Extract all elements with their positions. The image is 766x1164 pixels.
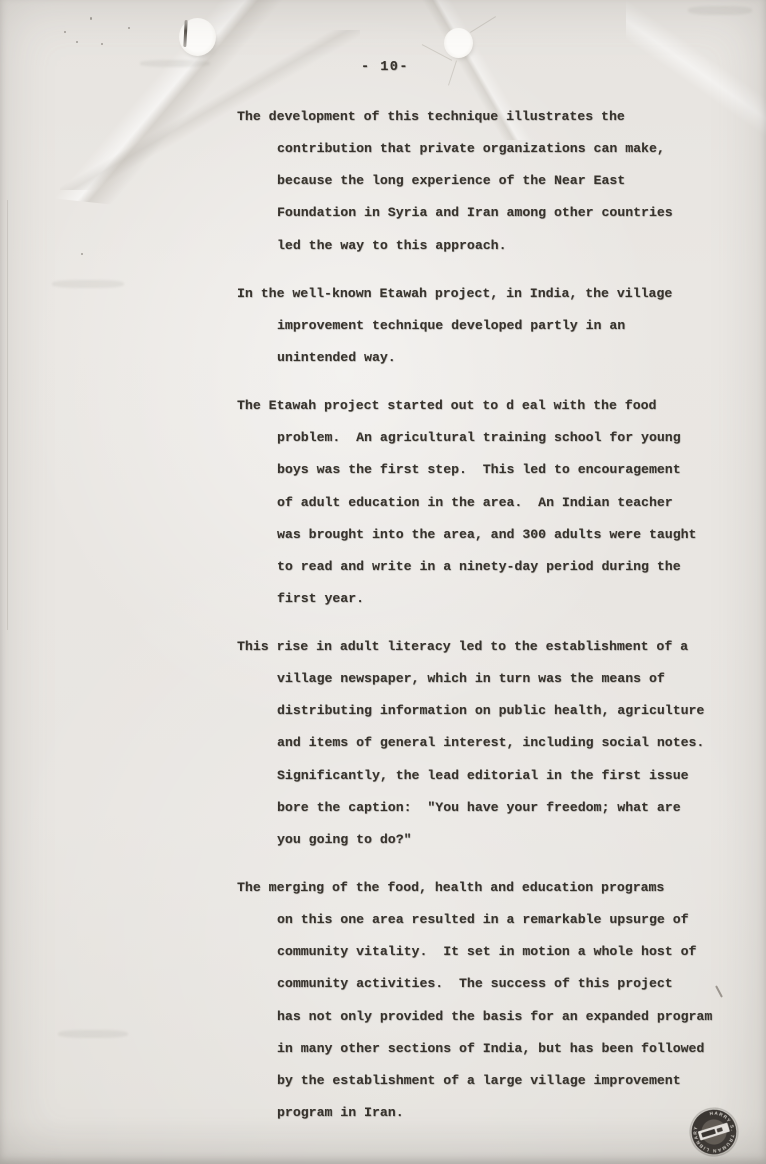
page-number: - 10-	[361, 60, 409, 75]
text-line: problem. An agricultural training school…	[237, 422, 737, 454]
text-line: Foundation in Syria and Iran among other…	[237, 197, 737, 229]
text-line: contribution that private organizations …	[237, 133, 737, 165]
text-line: This rise in adult literacy led to the e…	[237, 631, 737, 663]
text-line: community vitality. It set in motion a w…	[237, 936, 737, 968]
paragraph: The merging of the food, health and educ…	[237, 872, 737, 1129]
text-line: to read and write in a ninety-day period…	[237, 551, 737, 583]
text-line: on this one area resulted in a remarkabl…	[237, 904, 737, 936]
text-line: in many other sections of India, but has…	[237, 1033, 737, 1065]
text-line: distributing information on public healt…	[237, 695, 737, 727]
text-line: you going to do?"	[237, 824, 737, 856]
text-line: boys was the first step. This led to enc…	[237, 454, 737, 486]
paragraph: The development of this technique illust…	[237, 101, 737, 262]
text-line: The Etawah project started out to d eal …	[237, 390, 737, 422]
text-line: village newspaper, which in turn was the…	[237, 663, 737, 695]
paper-speck	[101, 43, 103, 45]
ghost-smudge	[52, 280, 124, 288]
text-line: and items of general interest, including…	[237, 727, 737, 759]
punch-hole-right	[444, 28, 473, 58]
paper-crease	[470, 16, 496, 33]
library-stamp: HARRY S. TRUMAN LIBRARY	[680, 1098, 748, 1164]
paper-speck	[128, 27, 130, 29]
text-line: The merging of the food, health and educ…	[237, 872, 737, 904]
paper-speck	[90, 17, 92, 20]
text-line: has not only provided the basis for an e…	[237, 1001, 737, 1033]
paper-speck	[64, 31, 66, 33]
paper-speck	[76, 41, 78, 43]
paragraph: This rise in adult literacy led to the e…	[237, 631, 737, 856]
text-line: community activities. The success of thi…	[237, 968, 737, 1000]
paper-edge-line	[7, 200, 8, 630]
text-line: was brought into the area, and 300 adult…	[237, 519, 737, 551]
text-line: led the way to this approach.	[237, 230, 737, 262]
text-line: first year.	[237, 583, 737, 615]
ghost-smudge	[58, 1030, 128, 1038]
text-line: unintended way.	[237, 342, 737, 374]
text-line: The development of this technique illust…	[237, 101, 737, 133]
paragraph: In the well-known Etawah project, in Ind…	[237, 278, 737, 374]
paragraph: The Etawah project started out to d eal …	[237, 390, 737, 615]
text-line: by the establishment of a large village …	[237, 1065, 737, 1097]
document-page: - 10- The development of this technique …	[0, 0, 766, 1164]
ghost-smudge	[688, 6, 752, 15]
text-line: improvement technique developed partly i…	[237, 310, 737, 342]
document-body: The development of this technique illust…	[237, 101, 737, 1145]
text-line: In the well-known Etawah project, in Ind…	[237, 278, 737, 310]
text-line: bore the caption: "You have your freedom…	[237, 792, 737, 824]
paper-crease	[448, 60, 457, 85]
ghost-smudge	[140, 60, 210, 67]
text-line: program in Iran.	[237, 1097, 737, 1129]
text-line: of adult education in the area. An India…	[237, 487, 737, 519]
paper-speck	[81, 253, 83, 255]
text-line: because the long experience of the Near …	[237, 165, 737, 197]
text-line: Significantly, the lead editorial in the…	[237, 760, 737, 792]
